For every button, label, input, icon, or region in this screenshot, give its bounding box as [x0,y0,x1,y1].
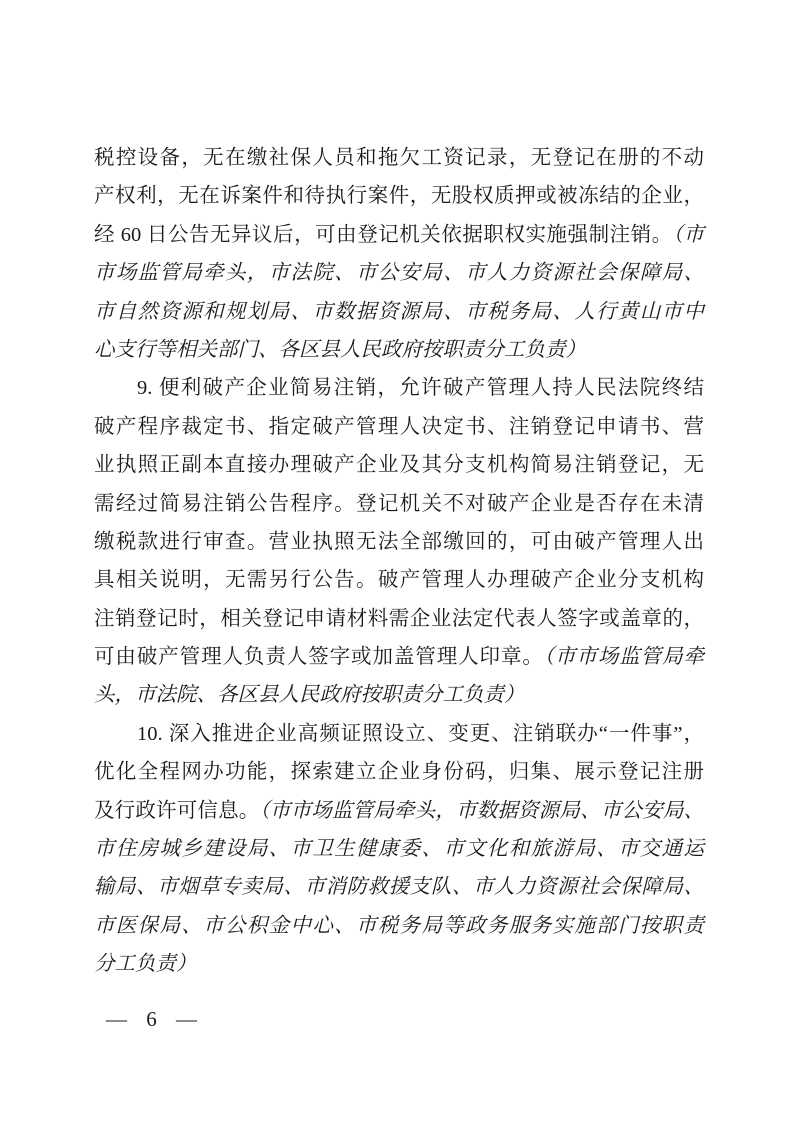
document-body: 税控设备，无在缴社保人员和拖欠工资记录，无登记在册的不动 产权利，无在诉案件和待… [94,139,704,984]
kaiti-annotation-segment: 头，市法院、各区县人民政府按职责分工负责） [94,684,525,706]
text-line: 分工负责） [94,945,704,983]
body-text-segment: 具相关说明，无需另行公告。破产管理人办理破产企业分支机构 [94,569,704,591]
text-line: 注销登记时，相关登记申请材料需企业法定代表人签字或盖章的， [94,600,704,638]
kaiti-annotation-segment: 分工负责） [94,953,197,975]
body-text-segment: 业执照正副本直接办理破产企业及其分支机构简易注销登记，无 [94,454,704,476]
body-text-segment: 10. 深入推进企业高频证照设立、变更、注销联办“一件事”， [137,723,704,745]
text-line: 缴税款进行审查。营业执照无法全部缴回的，可由破产管理人出 [94,523,704,561]
text-line-paragraph-9-start: 9. 便利破产企业简易注销，允许破产管理人持人民法院终结 [94,369,704,407]
text-line: 经 60 日公告无异议后，可由登记机关依据职权实施强制注销。（市 [94,216,704,254]
text-line: 可由破产管理人负责人签字或加盖管理人印章。（市市场监管局牵 [94,638,704,676]
text-line: 业执照正副本直接办理破产企业及其分支机构简易注销登记，无 [94,446,704,484]
text-line: 具相关说明，无需另行公告。破产管理人办理破产企业分支机构 [94,561,704,599]
kaiti-annotation-segment: 市自然资源和规划局、市数据资源局、市税务局、人行黄山市中 [94,301,704,323]
text-line: 破产程序裁定书、指定破产管理人决定书、注销登记申请书、营 [94,408,704,446]
text-line: 心支行等相关部门、各区县人民政府按职责分工负责） [94,331,704,369]
text-line: 优化全程网办功能，探索建立企业身份码，归集、展示登记注册 [94,753,704,791]
text-line-paragraph-10-start: 10. 深入推进企业高频证照设立、变更、注销联办“一件事”， [94,715,704,753]
body-text-segment: 需经过简易注销公告程序。登记机关不对破产企业是否存在未清 [94,493,704,515]
text-line: 市自然资源和规划局、市数据资源局、市税务局、人行黄山市中 [94,293,704,331]
kaiti-annotation-segment: （市市场监管局牵头，市数据资源局、市公安局、 [259,800,704,822]
text-line: 头，市法院、各区县人民政府按职责分工负责） [94,676,704,714]
body-text-segment: 可由破产管理人负责人签字或加盖管理人印章。 [94,646,544,668]
text-line: 市场监管局牵头，市法院、市公安局、市人力资源社会保障局、 [94,254,704,292]
text-line: 市医保局、市公积金中心、市税务局等政务服务实施部门按职责 [94,907,704,945]
kaiti-annotation-segment: 市医保局、市公积金中心、市税务局等政务服务实施部门按职责 [94,915,704,937]
page-number: — 6 — [106,1003,199,1035]
kaiti-annotation-segment: 输局、市烟草专卖局、市消防救援支队、市人力资源社会保障局、 [94,876,704,898]
text-line: 产权利，无在诉案件和待执行案件，无股权质押或被冻结的企业， [94,177,704,215]
text-line: 及行政许可信息。（市市场监管局牵头，市数据资源局、市公安局、 [94,792,704,830]
kaiti-annotation-segment: （市 [673,224,704,246]
kaiti-annotation-segment: 市场监管局牵头，市法院、市公安局、市人力资源社会保障局、 [94,262,704,284]
kaiti-annotation-segment: （市市场监管局牵 [544,646,704,668]
body-text-segment: 破产程序裁定书、指定破产管理人决定书、注销登记申请书、营 [94,416,704,438]
text-line: 市住房城乡建设局、市卫生健康委、市文化和旅游局、市交通运 [94,830,704,868]
text-line: 税控设备，无在缴社保人员和拖欠工资记录，无登记在册的不动 [94,139,704,177]
document-page: 税控设备，无在缴社保人员和拖欠工资记录，无登记在册的不动 产权利，无在诉案件和待… [0,0,793,1122]
body-text-segment: 缴税款进行审查。营业执照无法全部缴回的，可由破产管理人出 [94,531,704,553]
text-line: 输局、市烟草专卖局、市消防救援支队、市人力资源社会保障局、 [94,868,704,906]
body-text-segment: 注销登记时，相关登记申请材料需企业法定代表人签字或盖章的， [94,608,704,630]
body-text-segment: 优化全程网办功能，探索建立企业身份码，归集、展示登记注册 [94,761,704,783]
kaiti-annotation-segment: 市住房城乡建设局、市卫生健康委、市文化和旅游局、市交通运 [94,838,704,860]
body-text-segment: 9. 便利破产企业简易注销，允许破产管理人持人民法院终结 [137,377,704,399]
text-line: 需经过简易注销公告程序。登记机关不对破产企业是否存在未清 [94,485,704,523]
body-text-segment: 及行政许可信息。 [94,800,259,822]
body-text-segment: 经 60 日公告无异议后，可由登记机关依据职权实施强制注销。 [94,224,673,246]
body-text-segment: 产权利，无在诉案件和待执行案件，无股权质押或被冻结的企业， [94,185,704,207]
kaiti-annotation-segment: 心支行等相关部门、各区县人民政府按职责分工负责） [94,339,586,361]
body-text-segment: 税控设备，无在缴社保人员和拖欠工资记录，无登记在册的不动 [94,147,704,169]
